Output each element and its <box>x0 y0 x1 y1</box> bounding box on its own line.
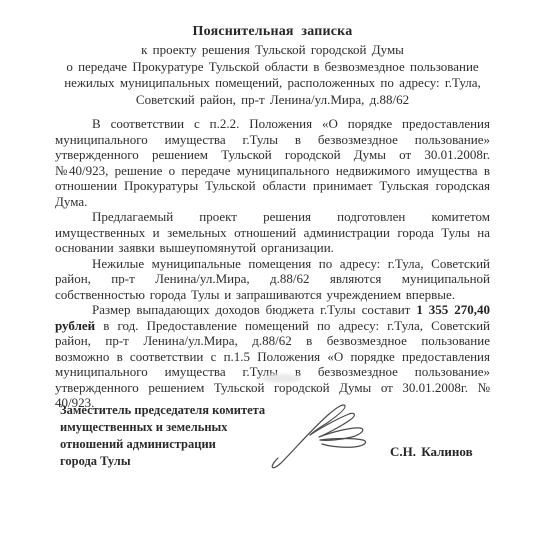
heading-line-2: о передаче Прокуратуре Тульской области … <box>0 59 545 76</box>
paragraph-legal-basis: В соответствии с п.2.2. Положения «О пор… <box>55 116 490 209</box>
document-heading: Пояснительная записка к проекту решения … <box>0 0 545 108</box>
position-line-3: отношений администрации <box>60 436 265 453</box>
page-title: Пояснительная записка <box>0 23 545 40</box>
signatory-name: С.Н. Калинов <box>390 444 473 460</box>
document-body: В соответствии с п.2.2. Положения «О пор… <box>55 116 490 411</box>
heading-line-3: нежилых муниципальных помещений, располо… <box>0 75 545 92</box>
paragraph-premises-ownership: Нежилые муниципальные помещения по адрес… <box>55 256 490 303</box>
position-line-2: имущественных и земельных <box>60 419 265 436</box>
signatory-position: Заместитель председателя комитета имущес… <box>60 402 265 470</box>
document-page: Пояснительная записка к проекту решения … <box>0 0 545 539</box>
position-line-4: города Тулы <box>60 453 265 470</box>
position-line-1: Заместитель председателя комитета <box>60 402 265 419</box>
handwritten-signature-icon <box>266 382 378 474</box>
paragraph-project-prepared: Предлагаемый проект решения подготовлен … <box>55 209 490 256</box>
signature-block: Заместитель председателя комитета имущес… <box>0 398 545 508</box>
budget-text-before: Размер выпадающих доходов бюджета г.Тулы… <box>92 302 416 317</box>
heading-line-1: к проекту решения Тульской городской Дум… <box>0 42 545 59</box>
heading-line-4: Советский район, пр-т Ленина/ул.Мира, д.… <box>0 92 545 109</box>
